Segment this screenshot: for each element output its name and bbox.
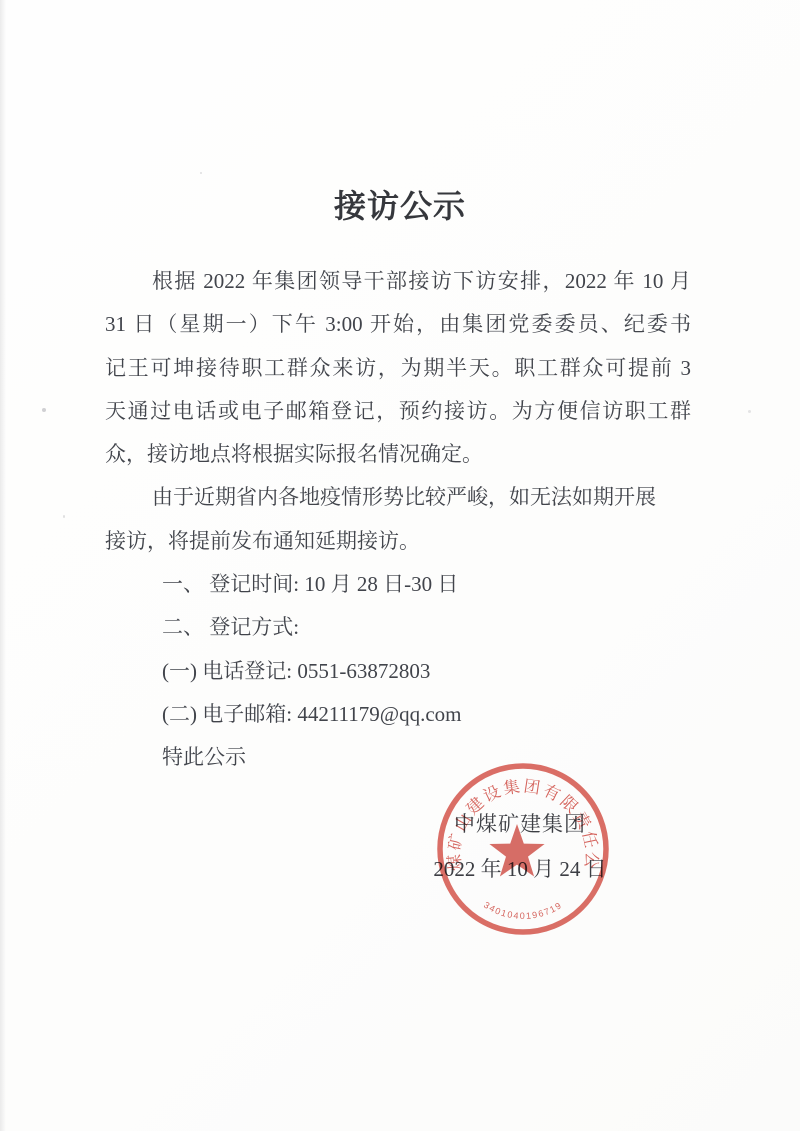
official-red-seal: 中煤矿山建设集团有限责任公司 3401040196719: [432, 758, 614, 940]
scan-speck: [748, 410, 751, 413]
body-line: 接访，将提前发布通知延期接访。: [105, 520, 691, 563]
scan-speck: [63, 515, 65, 518]
signature-date: 2022 年 10 月 24 日: [420, 853, 620, 883]
closing-statement: 特此公示: [105, 736, 691, 779]
seal-serial-number: 3401040196719: [482, 900, 564, 921]
list-item-phone-registration: (一) 电话登记: 0551-63872803: [105, 650, 691, 693]
list-item-registration-time: 一、 登记时间: 10 月 28 日-30 日: [105, 563, 691, 606]
body-line: 31 日（星期一）下午 3:00 开始，由集团党委委员、纪委书: [105, 303, 691, 346]
body-line: 由于近期省内各地疫情形势比较严峻，如无法如期开展: [105, 476, 691, 519]
notice-body: 根据 2022 年集团领导干部接访下访安排，2022 年 10 月 31 日（星…: [105, 260, 691, 780]
body-line: 记王可坤接待职工群众来访，为期半天。职工群众可提前 3: [105, 347, 691, 390]
body-line: 众，接访地点将根据实际报名情况确定。: [105, 433, 691, 476]
signature-org-name: 中煤矿建集团: [420, 808, 620, 838]
scan-speck: [42, 408, 46, 412]
body-line: 根据 2022 年集团领导干部接访下访安排，2022 年 10 月: [105, 260, 691, 303]
scan-speck: [200, 172, 202, 174]
scanned-notice-page: 接访公示 根据 2022 年集团领导干部接访下访安排，2022 年 10 月 3…: [0, 0, 800, 1131]
seal-ring: [440, 766, 606, 932]
scan-edge-shadow: [0, 0, 6, 1131]
page-title: 接访公示: [0, 181, 800, 227]
list-item-registration-method: 二、 登记方式:: [105, 606, 691, 649]
list-item-email-registration: (二) 电子邮箱: 44211179@qq.com: [105, 693, 691, 736]
body-line: 天通过电话或电子邮箱登记，预约接访。为方便信访职工群: [105, 390, 691, 433]
